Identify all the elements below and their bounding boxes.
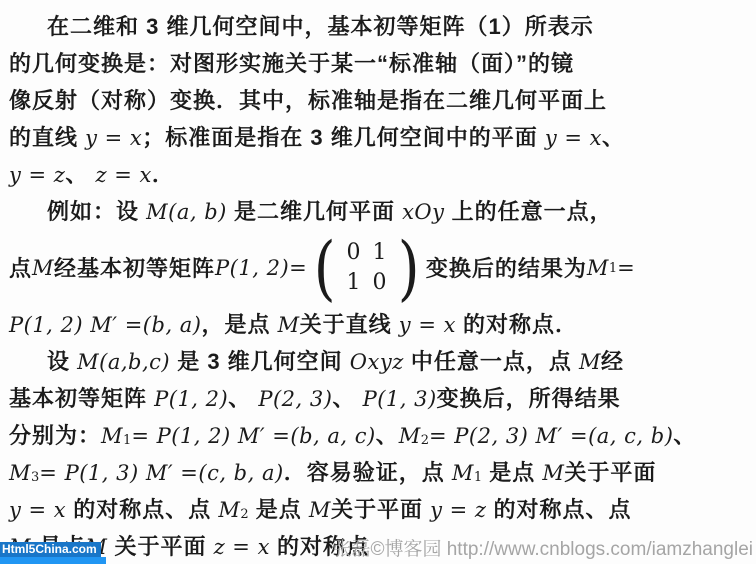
math-text: z = x — [214, 535, 270, 559]
math-text: y = x — [85, 126, 142, 150]
chinese-text: 是点 — [249, 497, 309, 522]
chinese-text: 关于平面 — [107, 534, 213, 559]
chinese-text: 的对称点、点 — [486, 497, 631, 522]
matrix-cell: 0 — [367, 271, 393, 295]
text-line: 设 M(a,b,c) 是 3 维几何空间 Oxyz 中任意一点，点 M经 — [9, 343, 719, 380]
matrix-cell: 0 — [341, 241, 367, 265]
chinese-text: 变换后，所得结果 — [437, 386, 621, 411]
math-text: M — [309, 498, 331, 522]
text-line: 基本初等矩阵 P(1, 2)、 P(2, 3)、 P(1, 3)变换后，所得结果 — [9, 380, 719, 417]
chinese-text: 关于直线 — [300, 312, 399, 337]
chinese-text: 上的任意一点， — [445, 199, 613, 224]
math-text: P(1, 3) — [363, 387, 437, 411]
math-text: M — [218, 498, 240, 522]
math-text: P(1, 2)= — [215, 250, 307, 287]
math-text: y = z — [9, 163, 65, 187]
chinese-text: 是点 — [482, 460, 542, 485]
text-line: y = z、 z = x． — [9, 156, 719, 193]
text-line: 的直线 y = x；标准面是指在 3 维几何空间中的平面 y = x、 — [9, 119, 719, 156]
matrix-p12: (0110) — [311, 233, 422, 303]
math-text: y = x — [9, 498, 66, 522]
text-line: M3= P(1, 3) M′ =(c, b, a)．容易验证，点 M1 是点 M… — [9, 454, 719, 491]
chinese-text: ，是点 — [202, 312, 278, 337]
math-text: = P(1, 2) M′ =(b, a, c) — [131, 424, 375, 448]
math-subscript: 1 — [474, 470, 482, 485]
chinese-text: ．容易验证，点 — [284, 460, 452, 485]
math-text: P(1, 2) — [154, 387, 228, 411]
chinese-text: 基本初等矩阵 — [9, 386, 154, 411]
math-text: P(2, 3) — [258, 387, 332, 411]
math-text: = P(1, 3) M′ =(c, b, a) — [39, 461, 283, 485]
text-line: 像反射（对称）变换．其中，标准轴是指在二维几何平面上 — [9, 82, 719, 119]
math-text: M — [542, 461, 564, 485]
chinese-text: 点 — [9, 250, 32, 287]
chinese-text: 分别为： — [9, 423, 101, 448]
watermark: 张磊©博客园 http://www.cnblogs.com/iamzhangle… — [332, 534, 753, 561]
chinese-text: 的对称点． — [456, 312, 578, 337]
chinese-text: 是 3 维几何空间 — [170, 349, 350, 374]
math-text: = P(2, 3) M′ =(a, c, b) — [429, 424, 673, 448]
chinese-text: 、 — [673, 423, 696, 448]
math-text: xOy — [402, 200, 444, 224]
math-text: M — [587, 250, 609, 287]
math-text: M(a, b) — [146, 200, 227, 224]
matrix-right-paren: ) — [397, 233, 419, 303]
html5china-badge: Html5China.com — [0, 542, 101, 557]
matrix-cell: 1 — [367, 241, 393, 265]
math-subscript: 2 — [240, 507, 248, 522]
math-text: M — [101, 424, 123, 448]
chinese-text: 、 — [65, 162, 95, 187]
chinese-text: ． — [152, 162, 175, 187]
chinese-text: 设 — [47, 349, 77, 374]
chinese-text: 中任意一点，点 — [404, 349, 579, 374]
matrix-left-paren: ( — [314, 233, 336, 303]
math-subscript: 1 — [609, 250, 617, 287]
text-line: 分别为：M1= P(1, 2) M′ =(b, a, c)、M2= P(2, 3… — [9, 417, 719, 454]
math-text: y = x — [545, 126, 602, 150]
chinese-text: 经 — [601, 349, 624, 374]
text-line: 例如：设 M(a, b) 是二维几何平面 xOy 上的任意一点， — [9, 193, 719, 230]
chinese-text: 、 — [332, 386, 362, 411]
chinese-text: 像反射（对称）变换．其中，标准轴是指在二维几何平面上 — [9, 88, 607, 113]
matrix-cells: 0110 — [341, 241, 393, 295]
chinese-text: 在二维和 3 维几何空间中，基本初等矩阵（1）所表示 — [47, 14, 594, 39]
math-text: Oxyz — [350, 350, 404, 374]
math-text: M — [278, 313, 300, 337]
math-text: z = x — [96, 163, 152, 187]
math-text: y = x — [399, 313, 456, 337]
chinese-text: 、 — [228, 386, 258, 411]
math-text: M — [399, 424, 421, 448]
chinese-text: 是二维几何平面 — [227, 199, 402, 224]
chinese-text: 关于平面 — [331, 497, 430, 522]
chinese-text: 例如：设 — [47, 199, 146, 224]
matrix-cell: 1 — [341, 271, 367, 295]
chinese-text: 的直线 — [9, 125, 85, 150]
chinese-text: 经基本初等矩阵 — [54, 250, 215, 287]
math-text: M — [9, 461, 31, 485]
badge-label: Html5China.com — [2, 542, 97, 556]
chinese-text: 、 — [376, 423, 399, 448]
text-line: 点 M 经基本初等矩阵 P(1, 2)=(0110) 变换后的结果为 M1= — [9, 230, 719, 306]
chinese-text: 的几何变换是：对图形实施关于某一“标准轴（面）”的镜 — [9, 51, 574, 76]
chinese-text: 的对称点、点 — [66, 497, 218, 522]
math-text: M — [452, 461, 474, 485]
chinese-text: 、 — [602, 125, 625, 150]
text-line: P(1, 2) M′ =(b, a)，是点 M关于直线 y = x 的对称点． — [9, 306, 719, 343]
text-line: 在二维和 3 维几何空间中，基本初等矩阵（1）所表示 — [9, 8, 719, 45]
math-text: M(a,b,c) — [77, 350, 170, 374]
document-lines: 在二维和 3 维几何空间中，基本初等矩阵（1）所表示的几何变换是：对图形实施关于… — [9, 8, 719, 564]
math-text: P(1, 2) M′ =(b, a) — [9, 313, 202, 337]
math-text: = — [617, 250, 635, 287]
math-text: y = z — [430, 498, 486, 522]
chinese-text: 关于平面 — [564, 460, 656, 485]
text-line: y = x 的对称点、点 M2 是点 M关于平面 y = z 的对称点、点 — [9, 491, 719, 528]
document-page: 在二维和 3 维几何空间中，基本初等矩阵（1）所表示的几何变换是：对图形实施关于… — [9, 8, 719, 564]
math-subscript: 2 — [421, 433, 429, 448]
math-text: M — [32, 250, 54, 287]
chinese-text: ；标准面是指在 3 维几何空间中的平面 — [142, 125, 545, 150]
chinese-text: 变换后的结果为 — [426, 250, 587, 287]
badge-bar — [0, 557, 106, 564]
text-line: 的几何变换是：对图形实施关于某一“标准轴（面）”的镜 — [9, 45, 719, 82]
math-text: M — [579, 350, 601, 374]
